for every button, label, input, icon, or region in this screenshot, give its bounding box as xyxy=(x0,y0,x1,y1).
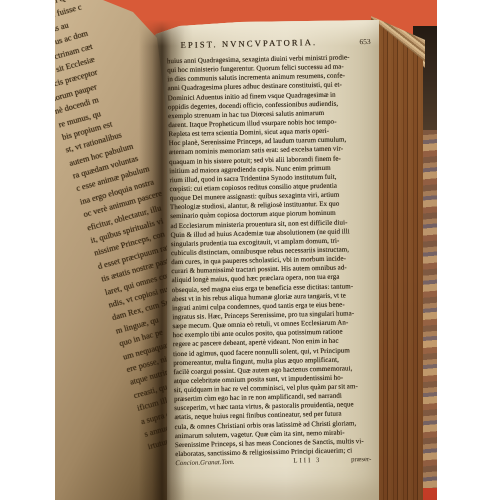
signature-mark: LIII 3 xyxy=(293,457,321,465)
page-text-block: EPIST. NVNCVPATORIA. 653 huius anni Quad… xyxy=(167,36,382,470)
page-number: 653 xyxy=(359,37,370,46)
catchword: præser- xyxy=(351,456,371,463)
book-photo: EPIST. NVNCVPATORIA. 653 huius anni Quad… xyxy=(55,0,437,500)
running-header: EPIST. NVNCVPATORIA. xyxy=(181,37,318,50)
gutter-shadow xyxy=(139,20,185,500)
main-text-lines: huius anni Quadragesima, sexaginta diuin… xyxy=(167,53,381,459)
header-row: EPIST. NVNCVPATORIA. 653 xyxy=(167,36,373,54)
